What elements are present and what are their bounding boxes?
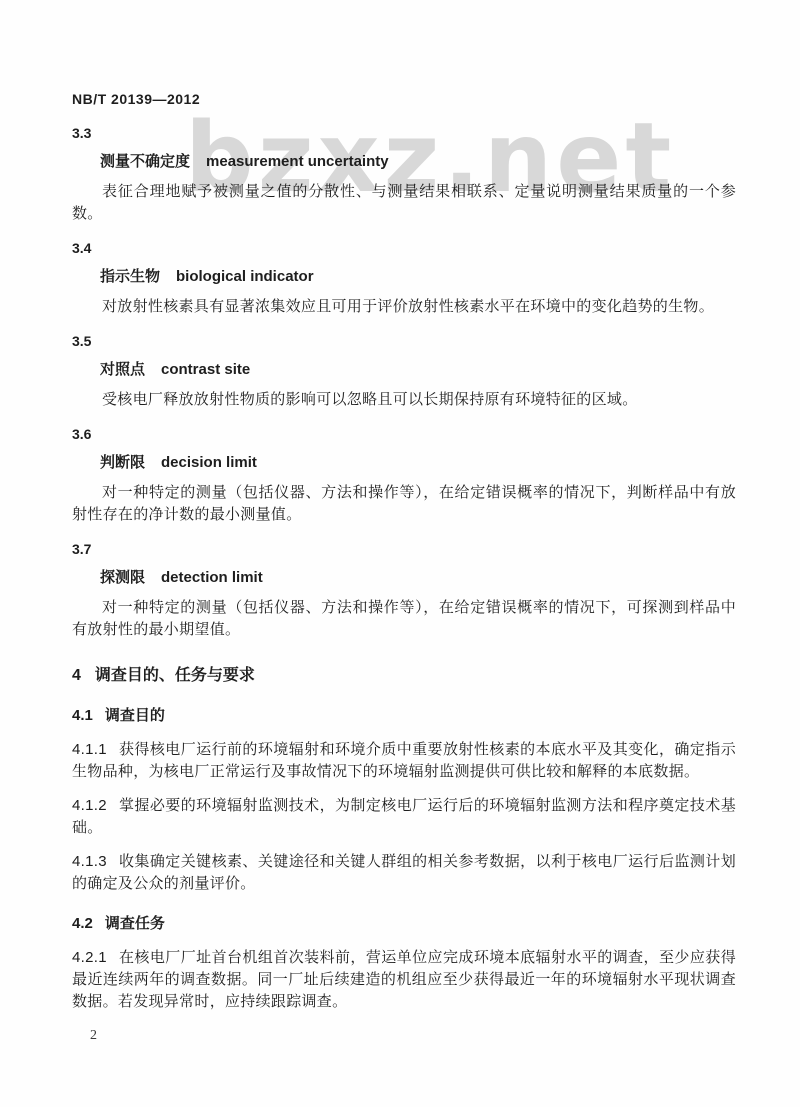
term-definition: 对一种特定的测量（包括仪器、方法和操作等），在给定错误概率的情况下，判断样品中有…	[72, 482, 736, 526]
term-number: 3.4	[72, 237, 736, 259]
subsection-title: 调查目的	[105, 707, 165, 724]
clause-paragraph: 4.1.1获得核电厂运行前的环境辐射和环境介质中重要放射性核素的本底水平及其变化…	[72, 739, 736, 783]
clause-text: 在核电厂厂址首台机组首次装料前，营运单位应完成环境本底辐射水平的调查，至少应获得…	[72, 950, 736, 1010]
subsection-heading: 4.1调查目的	[72, 705, 736, 727]
page-content: NB/T 20139—2012 3.3 测量不确定度measurement un…	[0, 0, 800, 1013]
page-number: 2	[90, 1028, 97, 1044]
chapter-number: 4	[72, 667, 81, 684]
subsection-title: 调查任务	[105, 915, 165, 932]
term-chinese: 测量不确定度	[100, 153, 190, 170]
term-number: 3.5	[72, 330, 736, 352]
subsection-number: 4.1	[72, 707, 93, 724]
term-definition: 受核电厂释放放射性物质的影响可以忽略且可以长期保持原有环境特征的区域。	[72, 389, 736, 411]
term-number: 3.6	[72, 423, 736, 445]
subsection-heading: 4.2调查任务	[72, 913, 736, 935]
term-chinese: 探测限	[100, 569, 145, 586]
clause-paragraph: 4.1.2掌握必要的环境辐射监测技术，为制定核电厂运行后的环境辐射监测方法和程序…	[72, 795, 736, 839]
chapter-heading: 4调查目的、任务与要求	[72, 665, 736, 687]
term-definition: 表征合理地赋予被测量之值的分散性、与测量结果相联系、定量说明测量结果质量的一个参…	[72, 181, 736, 225]
term-chinese: 判断限	[100, 454, 145, 471]
term-definition: 对放射性核素具有显著浓集效应且可用于评价放射性核素水平在环境中的变化趋势的生物。	[72, 296, 736, 318]
document-page: bzxz.net NB/T 20139—2012 3.3 测量不确定度measu…	[0, 0, 800, 1107]
term-heading: 对照点contrast site	[72, 359, 736, 381]
term-english: measurement uncertainty	[206, 153, 389, 170]
term-definition: 对一种特定的测量（包括仪器、方法和操作等），在给定错误概率的情况下，可探测到样品…	[72, 597, 736, 641]
clause-number: 4.1.1	[72, 741, 107, 758]
subsection-number: 4.2	[72, 915, 93, 932]
term-english: contrast site	[161, 361, 250, 378]
term-number: 3.7	[72, 538, 736, 560]
document-number-header: NB/T 20139—2012	[72, 88, 736, 110]
term-english: decision limit	[161, 454, 257, 471]
term-chinese: 指示生物	[100, 268, 160, 285]
term-number: 3.3	[72, 122, 736, 144]
term-english: biological indicator	[176, 268, 314, 285]
term-chinese: 对照点	[100, 361, 145, 378]
term-english: detection limit	[161, 569, 263, 586]
chapter-title: 调查目的、任务与要求	[95, 667, 255, 684]
term-heading: 指示生物biological indicator	[72, 266, 736, 288]
term-heading: 判断限decision limit	[72, 452, 736, 474]
term-heading: 探测限detection limit	[72, 567, 736, 589]
clause-text: 收集确定关键核素、关键途径和关键人群组的相关参考数据，以利于核电厂运行后监测计划…	[72, 854, 736, 892]
clause-paragraph: 4.2.1在核电厂厂址首台机组首次装料前，营运单位应完成环境本底辐射水平的调查，…	[72, 947, 736, 1013]
clause-number: 4.1.3	[72, 853, 107, 870]
clause-number: 4.1.2	[72, 797, 107, 814]
clause-text: 获得核电厂运行前的环境辐射和环境介质中重要放射性核素的本底水平及其变化，确定指示…	[72, 742, 736, 780]
clause-number: 4.2.1	[72, 949, 107, 966]
clause-text: 掌握必要的环境辐射监测技术，为制定核电厂运行后的环境辐射监测方法和程序奠定技术基…	[72, 798, 736, 836]
clause-paragraph: 4.1.3收集确定关键核素、关键途径和关键人群组的相关参考数据，以利于核电厂运行…	[72, 851, 736, 895]
term-heading: 测量不确定度measurement uncertainty	[72, 151, 736, 173]
